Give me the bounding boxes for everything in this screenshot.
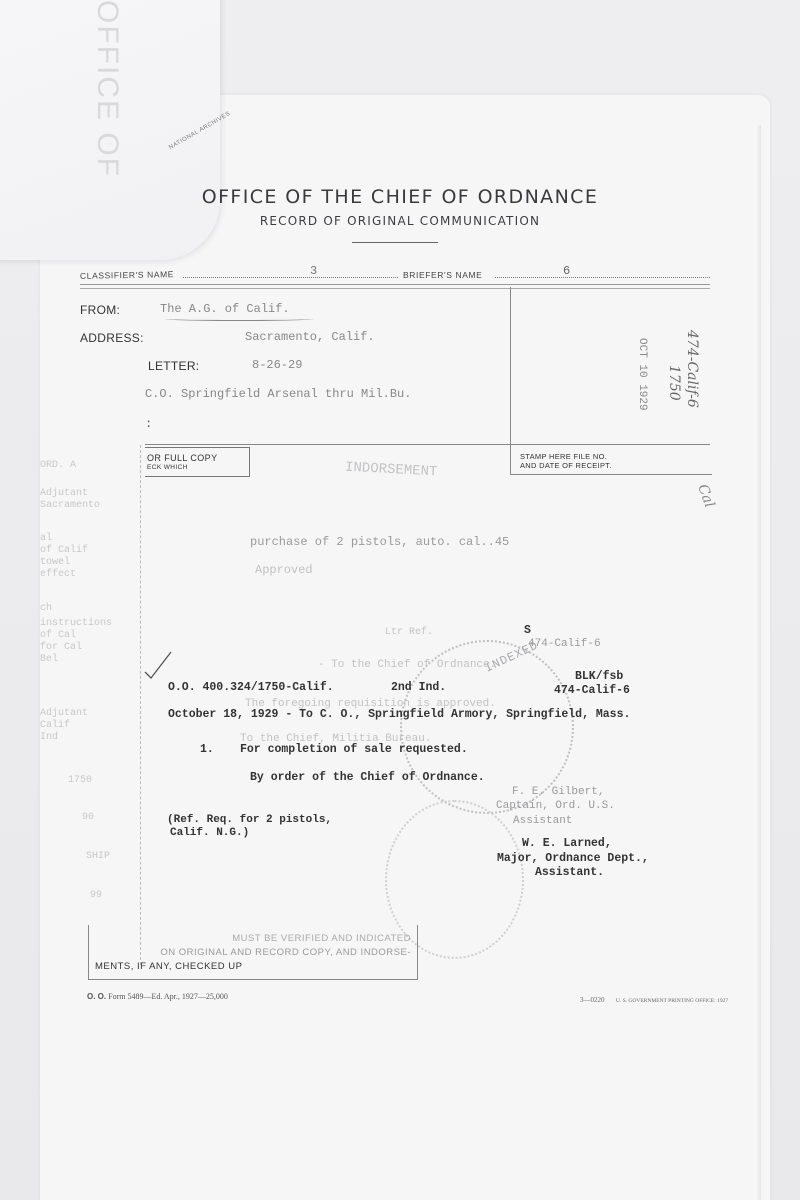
para-text: For completion of sale requested. [240, 743, 468, 756]
left-ghost-1: Adjutant [40, 488, 88, 500]
ref-note-line2: Calif. N.G.) [170, 827, 249, 839]
copy-box-line1: OR FULL COPY [147, 453, 217, 463]
page-title: OFFICE OF THE CHIEF OF ORDNANCE [0, 186, 800, 208]
faint-signer-role: Assistant [513, 815, 572, 827]
back-page-ghost-text: OFFICE OF [90, 0, 124, 178]
verification-line3: MENTS, IF ANY, CHECKED UP [95, 961, 242, 972]
verification-line1: MUST BE VERIFIED AND INDICATED [232, 933, 411, 944]
stamp-box-label-line2: AND DATE OF RECEIPT. [520, 461, 612, 470]
ref-left: O.O. 400.324/1750-Calif. [168, 681, 334, 694]
address-value: Sacramento, Calif. [245, 330, 375, 344]
overprint-line: - To the Chief of Ordnance. [318, 659, 496, 671]
left-ghost-8: instructions [40, 618, 112, 630]
route-line: C.O. Springfield Arsenal thru Mil.Bu. [145, 387, 411, 401]
left-ghost-10: for Cal [40, 642, 82, 654]
briefer-dots [495, 277, 710, 278]
left-ghost-12: Adjutant [40, 708, 88, 720]
left-ghost-13: Calif [40, 720, 70, 732]
copy-box-line2: ECK WHICH [147, 464, 188, 471]
file-number-handwritten-2: 1750 [666, 365, 682, 401]
by-order-line: By order of the Chief of Ordnance. [250, 771, 485, 784]
faint-signer-title: Captain, Ord. U.S. [496, 800, 615, 812]
classifier-dots [183, 277, 398, 278]
print-code: 3—0220 [580, 996, 605, 1004]
from-underline [165, 317, 313, 321]
initials: BLK/fsb [575, 670, 623, 683]
left-ghost-9: of Cal [40, 630, 76, 642]
left-ghost-11: Bel [40, 654, 58, 666]
ref-right: 474-Calif-6 [554, 684, 630, 697]
signer-name: W. E. Larned, [522, 837, 612, 850]
title-rule [352, 242, 438, 243]
ref-note-line1: (Ref. Req. for 2 pistols, [167, 814, 332, 826]
para-number: 1. [200, 743, 214, 756]
from-label: FROM: [80, 303, 120, 317]
left-dashed-rule [140, 445, 141, 965]
colon-mark: : [145, 417, 152, 431]
file-number-handwritten: 474-Calif-6 [684, 330, 700, 408]
faint-signer: F. E. Gilbert, [512, 786, 604, 798]
subject-line: purchase of 2 pistols, auto. cal..45 [250, 535, 509, 549]
received-date-stamp: OCT 10 1929 [636, 338, 648, 411]
left-ghost-6: effect [40, 569, 76, 581]
left-ghost-0: ORD. A [40, 460, 76, 472]
faint-ref: Ltr Ref. [385, 627, 433, 638]
verification-box: MUST BE VERIFIED AND INDICATED ON ORIGIN… [88, 925, 418, 980]
sheet-edge [755, 125, 761, 1200]
classifier-label: CLASSIFIER'S NAME [80, 269, 174, 281]
left-ghost-17: SHIP [86, 851, 110, 863]
signer-title: Major, Ordnance Dept., [497, 852, 649, 865]
letter-label: LETTER: [148, 359, 199, 373]
classifier-value: 3 [310, 264, 318, 278]
form-id: O. O. [87, 992, 106, 1001]
left-ghost-2: Sacramento [40, 500, 100, 512]
stamp-box-label: STAMP HERE FILE NO. AND DATE OF RECEIPT. [520, 452, 612, 470]
briefer-value: 6 [563, 264, 571, 278]
checkmark-icon [143, 650, 173, 680]
left-ghost-3: al [40, 533, 52, 545]
form-footer: O. O. Form 5489—Ed. Apr., 1927—25,000 [87, 992, 228, 1001]
printer-footer: 3—0220 U. S. GOVERNMENT PRINTING OFFICE:… [580, 996, 728, 1004]
printer-name: U. S. GOVERNMENT PRINTING OFFICE: 1927 [616, 998, 728, 1004]
ind-label: 2nd Ind. [391, 681, 446, 694]
left-ghost-4: of Calif [40, 545, 88, 557]
left-ghost-5: towel [40, 557, 70, 569]
verification-line2: ON ORIGINAL AND RECORD COPY, AND INDORSE… [160, 947, 411, 958]
fields-bottom-rule [145, 444, 710, 445]
left-ghost-15: 1750 [68, 775, 92, 787]
address-label: ADDRESS: [80, 331, 144, 345]
date-line: October 18, 1929 - To C. O., Springfield… [168, 708, 630, 721]
ref-mark-s: S [524, 624, 531, 637]
stamp-box-left-border [510, 287, 511, 475]
left-ghost-18: 99 [90, 890, 102, 902]
left-ghost-7: ch [40, 603, 52, 615]
from-value: The A.G. of Calif. [160, 302, 290, 316]
names-row: CLASSIFIER'S NAME 3 BRIEFER'S NAME 6 [80, 264, 710, 280]
letter-date: 8-26-29 [252, 358, 302, 372]
left-ghost-14: Ind [40, 732, 58, 744]
header-double-rule [80, 284, 710, 289]
page-subtitle: RECORD OF ORIGINAL COMMUNICATION [0, 214, 800, 228]
stamp-box-label-line1: STAMP HERE FILE NO. [520, 452, 612, 461]
stamp-box-bottom-rule [510, 474, 712, 475]
full-copy-checkbox-box: OR FULL COPY ECK WHICH [145, 447, 250, 477]
signer-role: Assistant. [535, 866, 604, 879]
left-ghost-16: 90 [82, 812, 94, 824]
form-text: Form 5489—Ed. Apr., 1927—25,000 [108, 992, 228, 1001]
document-sheet [40, 95, 770, 1200]
briefer-label: BRIEFER'S NAME [403, 270, 482, 280]
subject-line-2: Approved [255, 563, 313, 577]
